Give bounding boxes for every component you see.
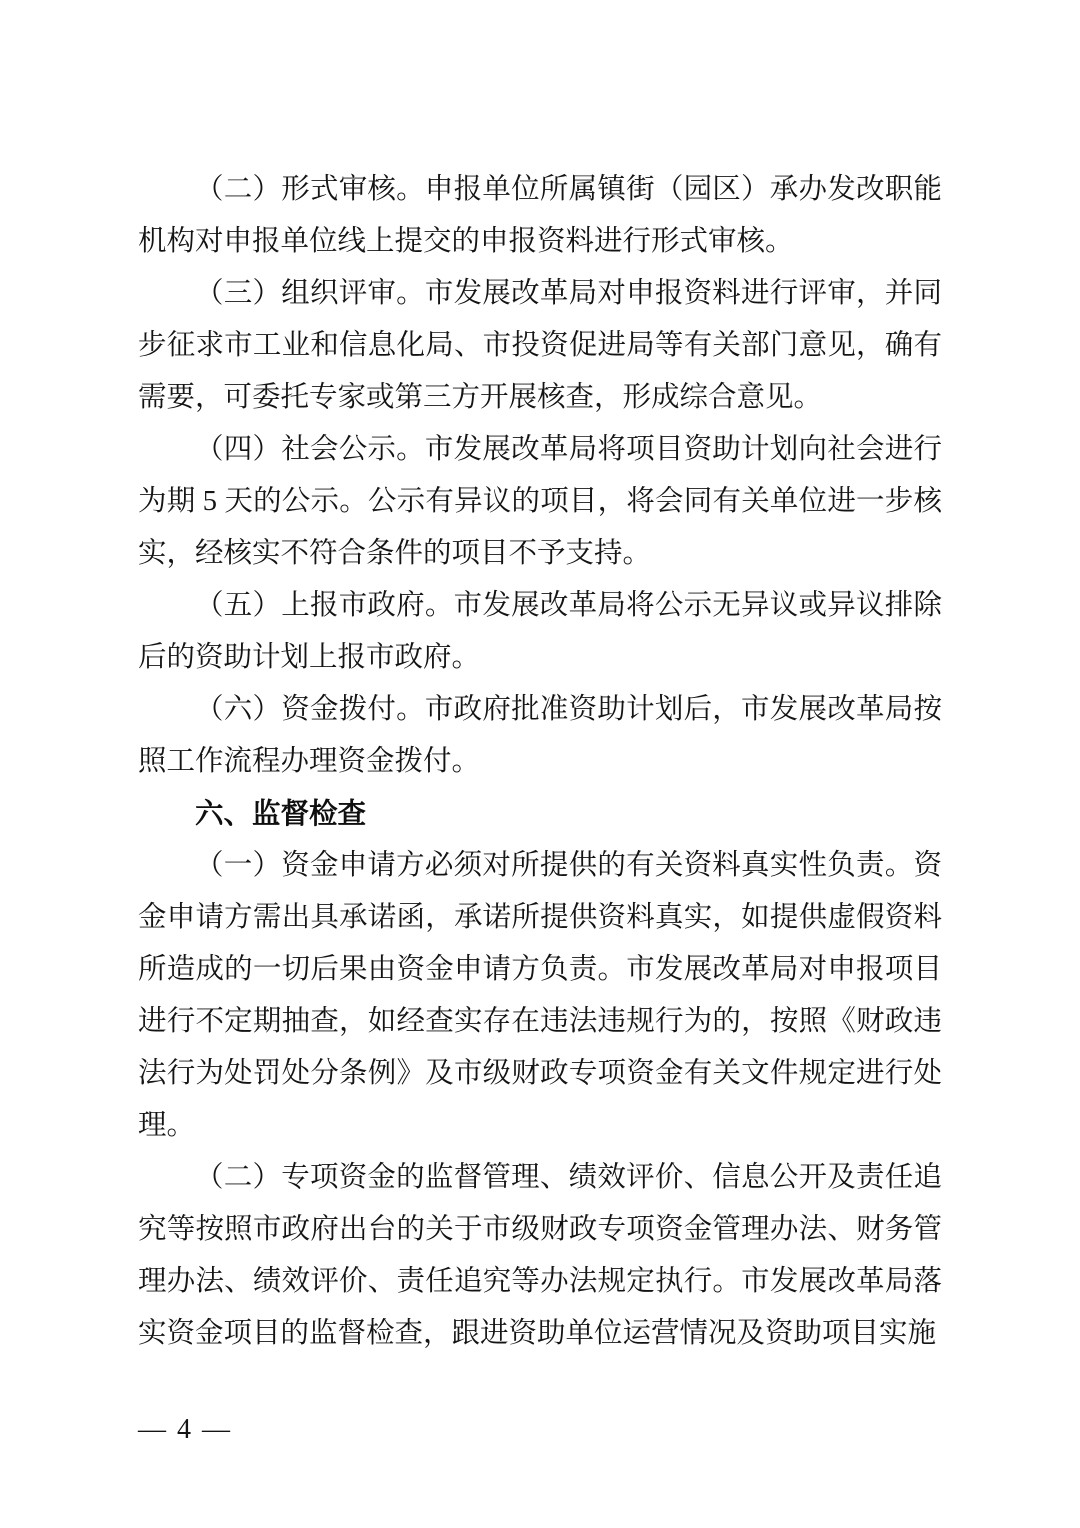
- paragraph: （二）形式审核。申报单位所属镇街（园区）承办发改职能机构对申报单位线上提交的申报…: [138, 164, 942, 268]
- paragraph: （四）社会公示。市发展改革局将项目资助计划向社会进行为期 5 天的公示。公示有异…: [138, 424, 942, 580]
- page-footer: — 4 —: [138, 1408, 232, 1452]
- document-body: （二）形式审核。申报单位所属镇街（园区）承办发改职能机构对申报单位线上提交的申报…: [138, 164, 942, 1360]
- page-number: — 4 —: [138, 1414, 232, 1445]
- paragraph: （二）专项资金的监督管理、绩效评价、信息公开及责任追究等按照市政府出台的关于市级…: [138, 1152, 942, 1360]
- paragraph: （三）组织评审。市发展改革局对申报资料进行评审，并同步征求市工业和信息化局、市投…: [138, 268, 942, 424]
- paragraph: （一）资金申请方必须对所提供的有关资料真实性负责。资金申请方需出具承诺函，承诺所…: [138, 840, 942, 1152]
- section-heading: 六、监督检查: [138, 788, 942, 840]
- document-page: （二）形式审核。申报单位所属镇街（园区）承办发改职能机构对申报单位线上提交的申报…: [0, 0, 1080, 1528]
- paragraph: （六）资金拨付。市政府批准资助计划后，市发展改革局按照工作流程办理资金拨付。: [138, 684, 942, 788]
- paragraph: （五）上报市政府。市发展改革局将公示无异议或异议排除后的资助计划上报市政府。: [138, 580, 942, 684]
